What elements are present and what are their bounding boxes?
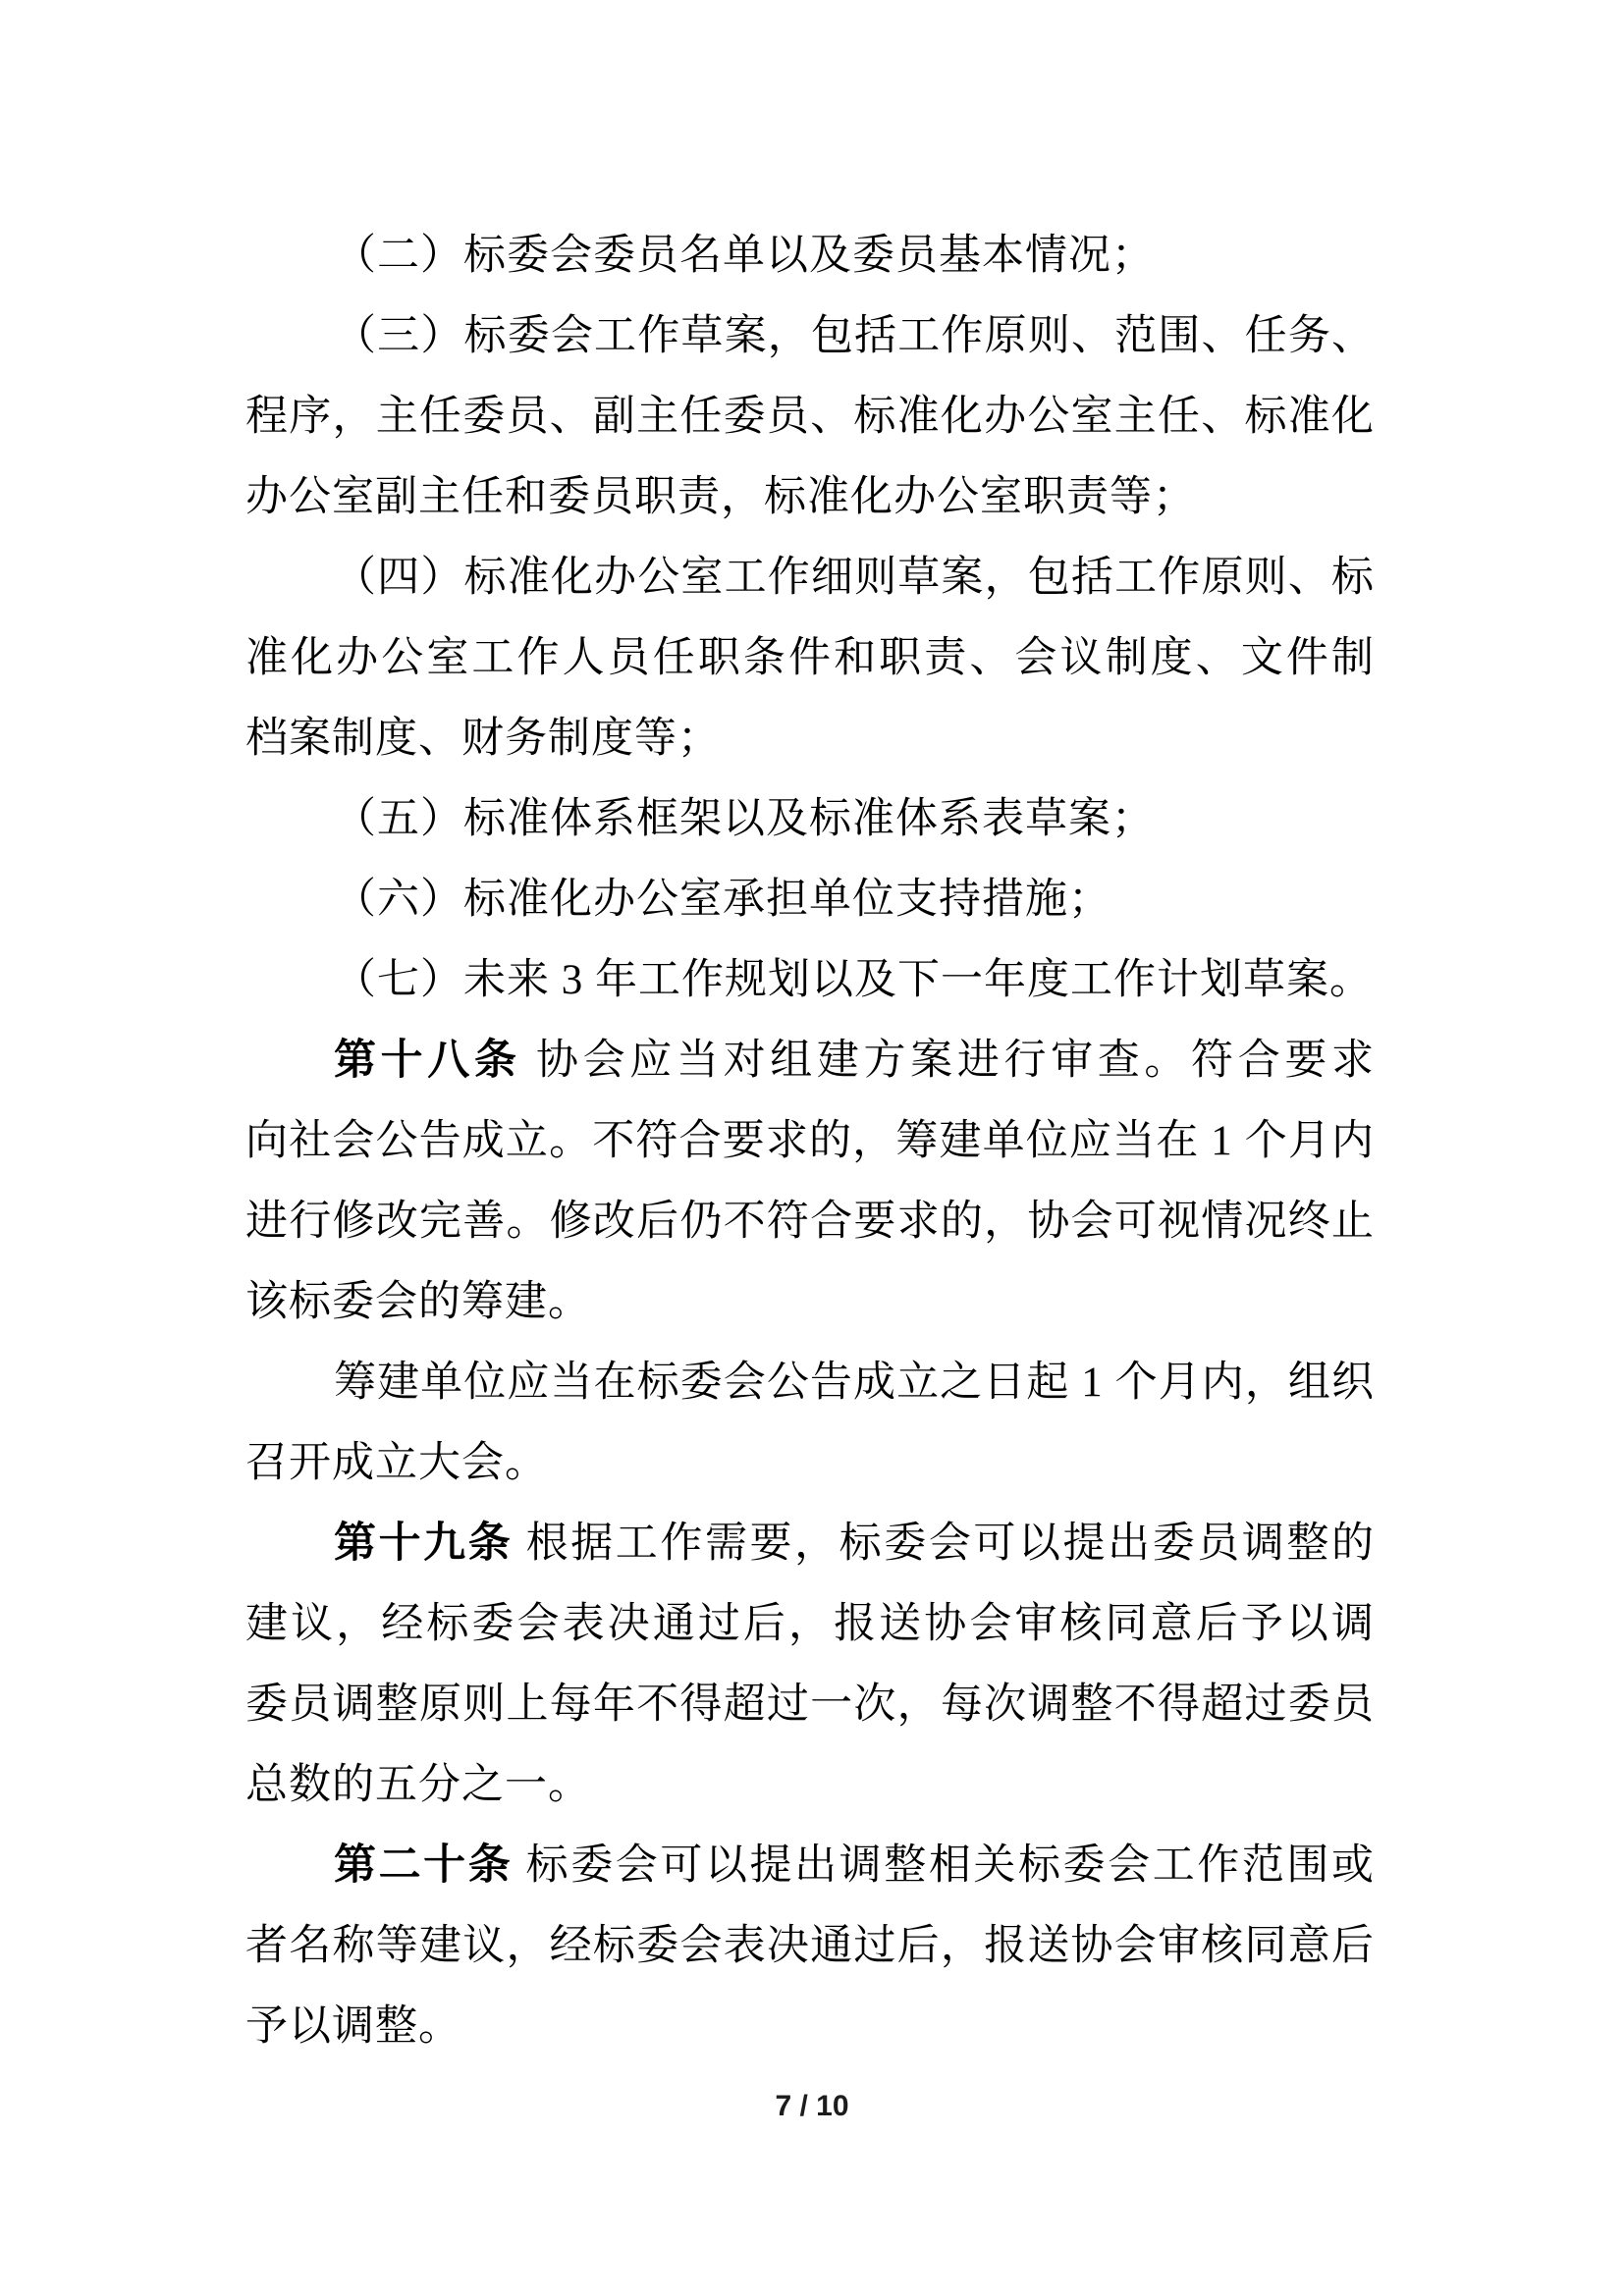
- article-number: 第十九条: [334, 1521, 513, 1567]
- text-line: 档案制度、财务制度等；: [245, 699, 1375, 779]
- text-line: （二）标委会委员名单以及委员基本情况；: [245, 216, 1375, 296]
- text-line: 建议，经标委会表决通过后，报送协会审核同意后予以调整。: [245, 1584, 1375, 1665]
- page-number: 7 / 10: [0, 2089, 1624, 2124]
- text-line: （三）标委会工作草案，包括工作原则、范围、任务、: [245, 296, 1375, 377]
- text-line: （四）标准化办公室工作细则草案，包括工作原则、标: [245, 538, 1375, 618]
- text-line: 准化办公室工作人员任职条件和职责、会议制度、文件制度、: [245, 618, 1375, 699]
- text-line: 者名称等建议，经标委会表决通过后，报送协会审核同意后: [245, 1906, 1375, 1987]
- text-line: 总数的五分之一。: [245, 1745, 1375, 1826]
- text-line: （六）标准化办公室承担单位支持措施；: [245, 860, 1375, 940]
- text-line: 第十九条 根据工作需要，标委会可以提出委员调整的: [245, 1504, 1375, 1584]
- text-line: 该标委会的筹建。: [245, 1262, 1375, 1343]
- text-line: 程序，主任委员、副主任委员、标准化办公室主任、标准化: [245, 377, 1375, 457]
- text-block: （二）标委会委员名单以及委员基本情况；（三）标委会工作草案，包括工作原则、范围、…: [245, 216, 1375, 2067]
- document-page: （二）标委会委员名单以及委员基本情况；（三）标委会工作草案，包括工作原则、范围、…: [0, 0, 1624, 2296]
- text-line: （五）标准体系框架以及标准体系表草案；: [245, 779, 1375, 860]
- text-line: 第二十条 标委会可以提出调整相关标委会工作范围或: [245, 1826, 1375, 1906]
- text-line: 向社会公告成立。不符合要求的，筹建单位应当在 1 个月内: [245, 1101, 1375, 1182]
- text-line: 委员调整原则上每年不得超过一次，每次调整不得超过委员: [245, 1665, 1375, 1745]
- article-number: 第二十条: [334, 1842, 513, 1889]
- text-line: 进行修改完善。修改后仍不符合要求的，协会可视情况终止: [245, 1182, 1375, 1262]
- text-line: 筹建单位应当在标委会公告成立之日起 1 个月内，组织: [245, 1343, 1375, 1423]
- article-number: 第十八条: [334, 1038, 521, 1084]
- text-line: 召开成立大会。: [245, 1423, 1375, 1504]
- text-line: 第十八条 协会应当对组建方案进行审查。符合要求的，: [245, 1021, 1375, 1101]
- text-line: 予以调整。: [245, 1987, 1375, 2067]
- text-line: （七）未来 3 年工作规划以及下一年度工作计划草案。: [245, 940, 1375, 1021]
- text-line: 办公室副主任和委员职责，标准化办公室职责等；: [245, 457, 1375, 538]
